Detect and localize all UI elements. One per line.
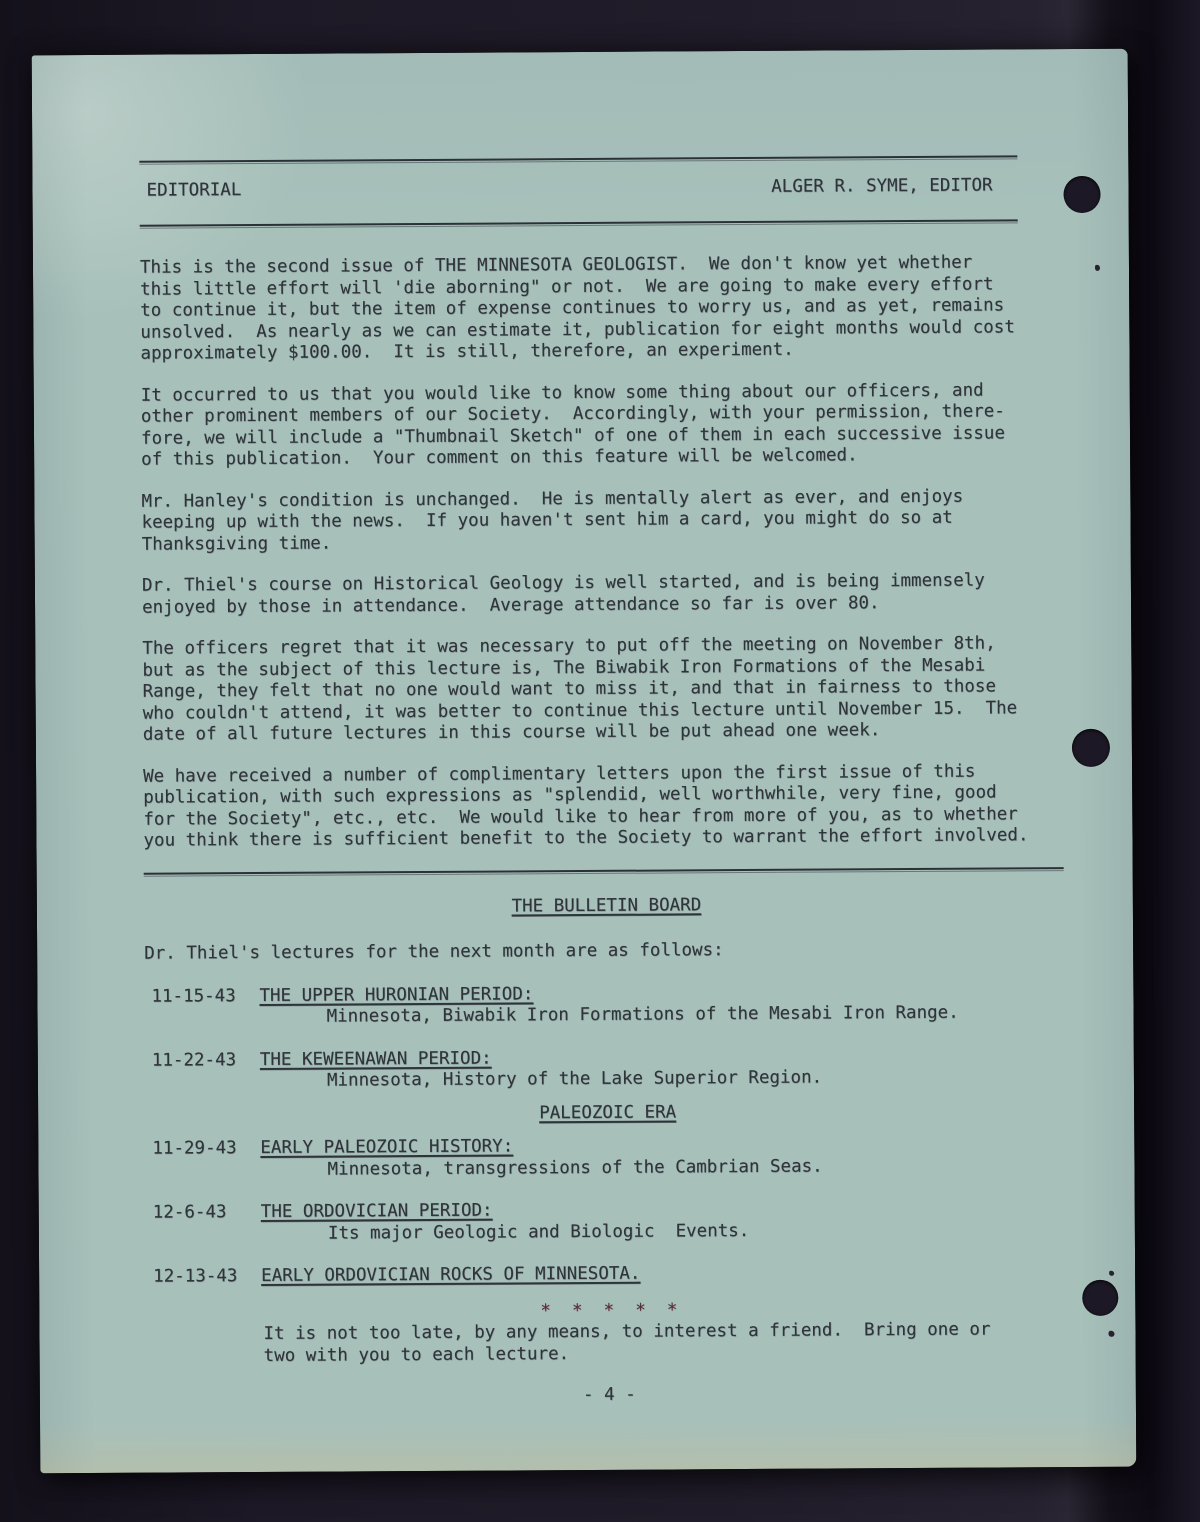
lecture-title: THE UPPER HURONIAN PERIOD: — [259, 984, 533, 1006]
editorial-paragraph-3: Mr. Hanley's condition is unchanged. He … — [141, 486, 1066, 556]
lecture-title: THE ORDOVICIAN PERIOD: — [261, 1201, 493, 1222]
header-divider-top — [139, 155, 1017, 164]
lecture-title: EARLY ORDOVICIAN ROCKS OF MINNESOTA. — [261, 1264, 640, 1286]
punch-hole-bottom — [1082, 1280, 1118, 1316]
lecture-title: EARLY PALEOZOIC HISTORY: — [260, 1136, 513, 1158]
lecture-item: 11-22-43 THE KEWEENAWAN PERIOD: Minnesot… — [145, 1045, 1070, 1094]
lecture-description: Its major Geologic and Biologic Events. — [328, 1220, 750, 1244]
lecture-description: Minnesota, History of the Lake Superior … — [327, 1068, 822, 1093]
lectures-intro: Dr. Thiel's lectures for the next month … — [144, 938, 1069, 965]
section-title: EDITORIAL — [146, 180, 241, 203]
lecture-date: 11-22-43 — [145, 1049, 260, 1093]
editorial-paragraph-6: We have received a number of complimenta… — [143, 761, 1069, 853]
lecture-item: 11-29-43 EARLY PALEOZOIC HISTORY: Minnes… — [145, 1133, 1070, 1182]
lecture-title: THE KEWEENAWAN PERIOD: — [260, 1048, 492, 1069]
editorial-paragraph-1: This is the second issue of THE MINNESOT… — [140, 252, 1066, 365]
scan-background: EDITORIAL ALGER R. SYME, EDITOR This is … — [0, 0, 1200, 1522]
lecture-item: 11-15-43 THE UPPER HURONIAN PERIOD: Minn… — [144, 981, 1069, 1030]
newsletter-page: EDITORIAL ALGER R. SYME, EDITOR This is … — [32, 49, 1137, 1474]
page-header: EDITORIAL ALGER R. SYME, EDITOR — [139, 175, 1064, 203]
paleozoic-era-heading: PALEOZOIC ERA — [145, 1100, 1070, 1127]
editor-credit: ALGER R. SYME, EDITOR — [771, 175, 992, 198]
lecture-date: 11-15-43 — [144, 985, 259, 1029]
punch-hole-middle — [1072, 729, 1110, 767]
paper-speck — [1109, 1271, 1114, 1276]
section-divider — [144, 867, 1064, 877]
page-number: - 4 - — [147, 1382, 1072, 1409]
editorial-paragraph-5: The officers regret that it was necessar… — [142, 633, 1068, 746]
paper-speck — [1108, 1331, 1114, 1337]
paper-speck — [1095, 265, 1100, 271]
bulletin-board-heading: THE BULLETIN BOARD — [144, 893, 1069, 920]
lecture-item: 12-6-43 THE ORDOVICIAN PERIOD: Its major… — [146, 1197, 1071, 1246]
closing-note: It is not too late, by any means, to int… — [263, 1319, 1071, 1367]
header-divider-bottom — [140, 219, 1018, 228]
punch-hole-top — [1063, 176, 1100, 213]
lecture-description: Minnesota, transgressions of the Cambria… — [327, 1156, 822, 1181]
lecture-date: 12-13-43 — [146, 1266, 261, 1288]
lecture-date: 11-29-43 — [145, 1138, 260, 1182]
lecture-description: Minnesota, Biwabik Iron Formations of th… — [326, 1003, 958, 1028]
editorial-paragraph-2: It occurred to us that you would like to… — [141, 380, 1067, 472]
lecture-date: 12-6-43 — [146, 1202, 261, 1246]
editorial-paragraph-4: Dr. Thiel's course on Historical Geology… — [142, 570, 1067, 619]
lecture-item: 12-13-43 EARLY ORDOVICIAN ROCKS OF MINNE… — [146, 1261, 1071, 1288]
page-content: EDITORIAL ALGER R. SYME, EDITOR This is … — [139, 49, 1072, 1409]
